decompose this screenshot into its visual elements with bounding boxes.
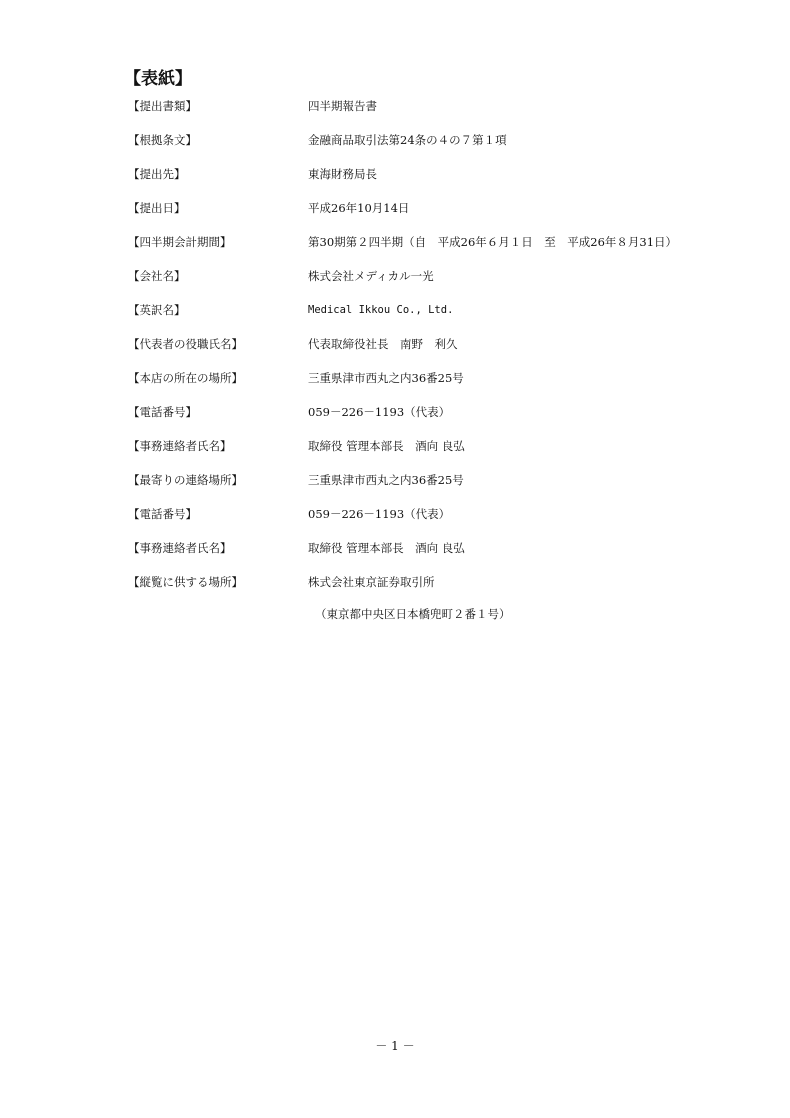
field-value: 四半期報告書 (308, 98, 377, 114)
field-row-phone-2: 【電話番号】 059－226－1193（代表） (128, 506, 728, 540)
field-value: 三重県津市西丸之内36番25号 (308, 370, 464, 386)
field-label: 【英訳名】 (128, 302, 186, 318)
field-row-contact-person: 【事務連絡者氏名】 取締役 管理本部長 酒向 良弘 (128, 438, 728, 472)
field-value: （東京都中央区日本橋兜町２番１号） (315, 606, 511, 622)
field-label: 【電話番号】 (128, 506, 197, 522)
field-value: 第30期第２四半期（自 平成26年６月１日 至 平成26年８月31日） (308, 234, 677, 250)
field-row-quarterly-period: 【四半期会計期間】 第30期第２四半期（自 平成26年６月１日 至 平成26年８… (128, 234, 728, 268)
field-row-head-office: 【本店の所在の場所】 三重県津市西丸之内36番25号 (128, 370, 728, 404)
field-value: 取締役 管理本部長 酒向 良弘 (308, 438, 465, 454)
field-label: 【縦覧に供する場所】 (128, 574, 243, 590)
cover-fields: 【提出書類】 四半期報告書 【根拠条文】 金融商品取引法第24条の４の７第１項 … (128, 98, 728, 640)
field-value: 三重県津市西丸之内36番25号 (308, 472, 464, 488)
field-value: 東海財務局長 (308, 166, 377, 182)
field-value: 株式会社東京証券取引所 (308, 574, 435, 590)
field-value: 059－226－1193（代表） (308, 404, 450, 420)
field-row-submitted-to: 【提出先】 東海財務局長 (128, 166, 728, 200)
field-label: 【代表者の役職氏名】 (128, 336, 243, 352)
field-value: 平成26年10月14日 (308, 200, 409, 216)
field-label: 【本店の所在の場所】 (128, 370, 243, 386)
field-label: 【最寄りの連絡場所】 (128, 472, 243, 488)
field-row-submission-date: 【提出日】 平成26年10月14日 (128, 200, 728, 234)
field-label: 【提出先】 (128, 166, 186, 182)
field-row-nearest-contact: 【最寄りの連絡場所】 三重県津市西丸之内36番25号 (128, 472, 728, 506)
field-label: 【提出日】 (128, 200, 186, 216)
field-label: 【提出書類】 (128, 98, 197, 114)
field-label: 【根拠条文】 (128, 132, 197, 148)
field-row-representative: 【代表者の役職氏名】 代表取締役社長 南野 利久 (128, 336, 728, 370)
field-label: 【四半期会計期間】 (128, 234, 232, 250)
page-title: 【表紙】 (124, 64, 192, 89)
page-number: － 1 － (0, 1037, 790, 1054)
field-row-inspection-address: （東京都中央区日本橋兜町２番１号） (128, 606, 728, 640)
field-row-public-inspection: 【縦覧に供する場所】 株式会社東京証券取引所 (128, 574, 728, 606)
field-value: 代表取締役社長 南野 利久 (308, 336, 458, 352)
field-row-phone: 【電話番号】 059－226－1193（代表） (128, 404, 728, 438)
field-label: 【電話番号】 (128, 404, 197, 420)
field-label: 【事務連絡者氏名】 (128, 438, 232, 454)
field-value: 金融商品取引法第24条の４の７第１項 (308, 132, 507, 148)
field-value: 取締役 管理本部長 酒向 良弘 (308, 540, 465, 556)
field-row-english-name: 【英訳名】 Medical Ikkou Co., Ltd. (128, 302, 728, 336)
field-row-contact-person-2: 【事務連絡者氏名】 取締役 管理本部長 酒向 良弘 (128, 540, 728, 574)
field-row-company-name: 【会社名】 株式会社メディカル一光 (128, 268, 728, 302)
field-label: 【事務連絡者氏名】 (128, 540, 232, 556)
field-label: 【会社名】 (128, 268, 186, 284)
field-value: 株式会社メディカル一光 (308, 268, 434, 284)
field-row-document-type: 【提出書類】 四半期報告書 (128, 98, 728, 132)
field-value: 059－226－1193（代表） (308, 506, 450, 522)
field-value: Medical Ikkou Co., Ltd. (308, 302, 453, 318)
field-row-legal-basis: 【根拠条文】 金融商品取引法第24条の４の７第１項 (128, 132, 728, 166)
